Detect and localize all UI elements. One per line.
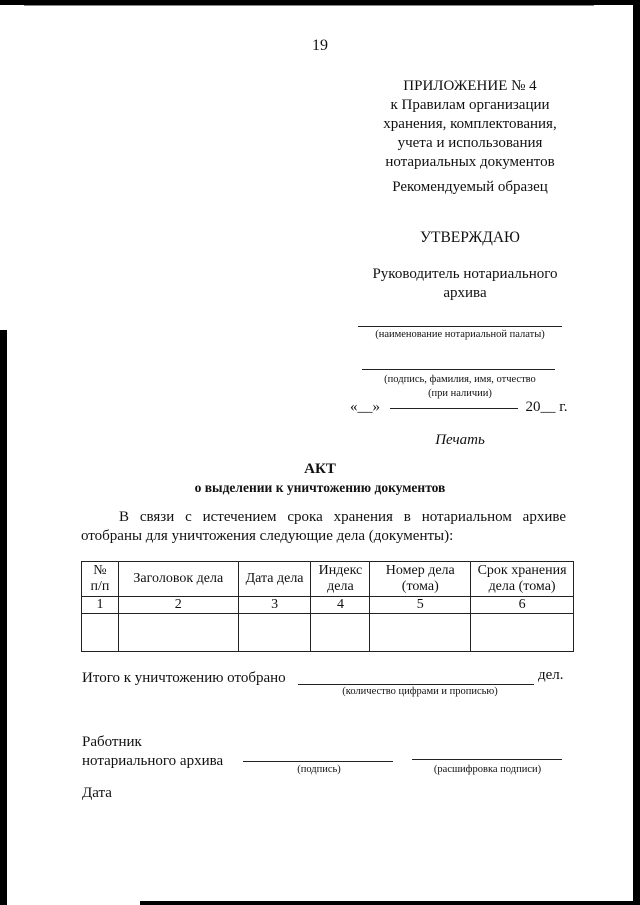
scan-border-top-shadow (24, 5, 594, 6)
worker-signature-caption: (подпись) (245, 764, 393, 775)
scan-border-left (0, 330, 7, 905)
approver-signature-caption: (подпись, фамилия, имя, отчество (при на… (355, 373, 565, 401)
approver-role: Руководитель нотариального архива (350, 265, 580, 303)
total-caption: (количество цифрами и прописью) (300, 686, 540, 697)
act-paragraph: В связи с истечением срока хранения в но… (81, 508, 566, 546)
worker-label-line: нотариального архива (82, 752, 223, 771)
act-subtitle: о выделении к уничтожению документов (170, 480, 470, 496)
appendix-line: учета и использования (360, 134, 580, 153)
seal-label: Печать (395, 432, 525, 449)
header-index: Индексдела (311, 562, 370, 597)
table-cell[interactable] (471, 614, 574, 652)
date-label: Дата (82, 785, 112, 802)
column-number: 1 (82, 597, 119, 614)
table-column-numbers-row: 1 2 3 4 5 6 (82, 597, 574, 614)
header-number: №п/п (82, 562, 119, 597)
column-number: 2 (118, 597, 238, 614)
table-row (82, 614, 574, 652)
scan-border-bottom (140, 901, 640, 905)
documents-table: №п/п Заголовок дела Дата дела Индексдела… (81, 561, 574, 652)
act-title: АКТ (170, 461, 470, 478)
date-day-field[interactable]: «__» (350, 399, 380, 415)
appendix-block: ПРИЛОЖЕНИЕ № 4 к Правилам организации хр… (360, 77, 580, 172)
approver-signature-field[interactable] (362, 369, 555, 370)
header-date: Дата дела (238, 562, 311, 597)
worker-signature-field[interactable] (243, 761, 393, 762)
sample-label: Рекомендуемый образец (360, 179, 580, 196)
approver-role-line: архива (350, 284, 580, 303)
chamber-name-caption: (наименование нотариальной палаты) (355, 329, 565, 340)
table-cell[interactable] (370, 614, 471, 652)
worker-label-line: Работник (82, 733, 223, 752)
table-header-row: №п/п Заголовок дела Дата дела Индексдела… (82, 562, 574, 597)
appendix-line: хранения, комплектования, (360, 115, 580, 134)
header-title: Заголовок дела (118, 562, 238, 597)
worker-signature-decode-field[interactable] (412, 759, 562, 760)
total-label: Итого к уничтожению отобрано (82, 670, 286, 687)
approval-heading: УТВЕРЖДАЮ (360, 229, 580, 247)
worker-decode-caption: (расшифровка подписи) (410, 764, 565, 775)
column-number: 5 (370, 597, 471, 614)
column-number: 6 (471, 597, 574, 614)
table-cell[interactable] (118, 614, 238, 652)
chamber-name-field[interactable] (358, 326, 562, 327)
approval-date-line: «__» 20__ г. (350, 399, 567, 416)
date-year-field[interactable]: 20__ г. (526, 399, 568, 415)
act-paragraph-line: В связи с истечением срока хранения в но… (81, 508, 566, 527)
worker-label: Работник нотариального архива (82, 733, 223, 771)
caption-line: (подпись, фамилия, имя, отчество (355, 373, 565, 387)
column-number: 3 (238, 597, 311, 614)
appendix-line: нотариальных документов (360, 153, 580, 172)
total-count-field[interactable] (298, 684, 534, 685)
date-month-field[interactable] (390, 408, 518, 409)
page-number: 19 (300, 37, 340, 55)
act-paragraph-line: отобраны для уничтожения следующие дела … (81, 528, 453, 544)
appendix-title: ПРИЛОЖЕНИЕ № 4 (360, 77, 580, 96)
header-retention: Срок хранениядела (тома) (471, 562, 574, 597)
table-cell[interactable] (311, 614, 370, 652)
approver-role-line: Руководитель нотариального (350, 265, 580, 284)
header-case-number: Номер дела(тома) (370, 562, 471, 597)
column-number: 4 (311, 597, 370, 614)
total-unit: дел. (538, 667, 564, 684)
table-cell[interactable] (238, 614, 311, 652)
scan-border-right (633, 0, 640, 905)
appendix-line: к Правилам организации (360, 96, 580, 115)
table-cell[interactable] (82, 614, 119, 652)
